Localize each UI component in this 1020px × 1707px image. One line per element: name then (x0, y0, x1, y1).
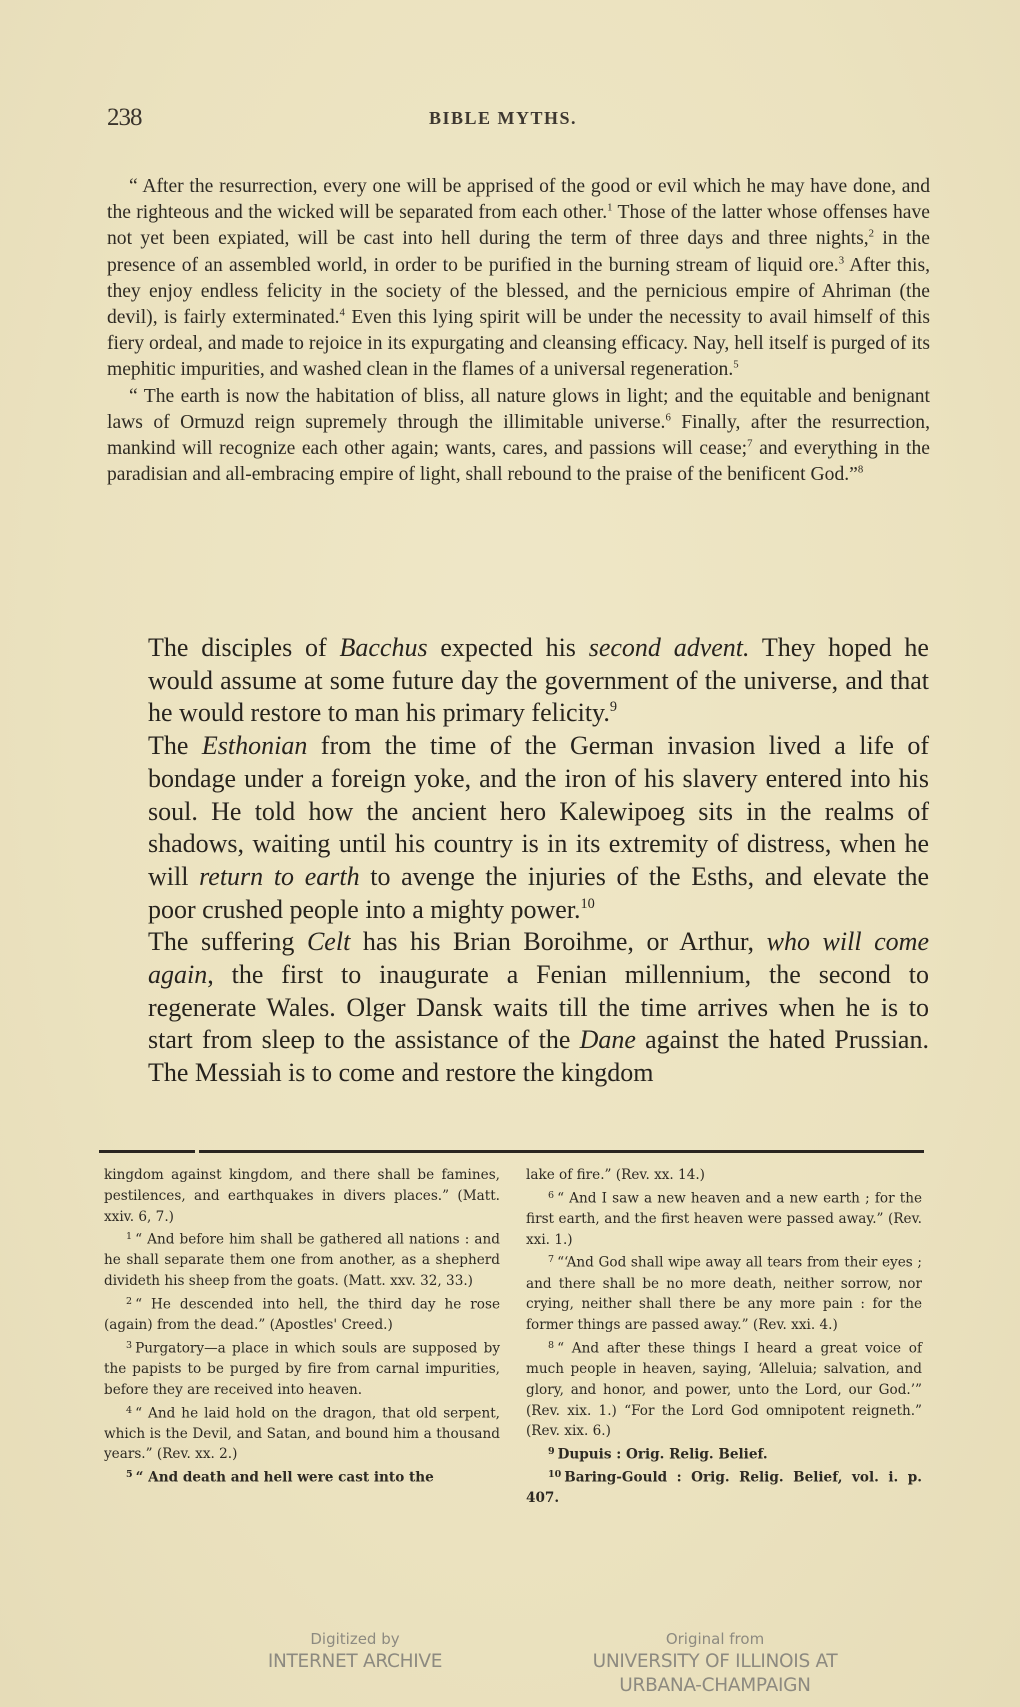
footnote-ref: 10 (581, 896, 595, 912)
footnote-9: 9Dupuis : Orig. Relig. Belief. (526, 1442, 922, 1465)
quote-paragraph: “ The earth is now the habitation of bli… (107, 384, 930, 489)
running-title: BIBLE MYTHS. (429, 108, 577, 129)
footnote-4: 4“ And he laid hold on the dragon, that … (104, 1401, 500, 1466)
quote-paragraph: “ After the resurrection, every one will… (107, 174, 930, 384)
footnote-10: 10Baring-Gould : Orig. Relig. Belief, vo… (526, 1465, 922, 1509)
footnote-ref: 9 (610, 699, 617, 715)
body-paragraph: The suffering Celt has his Brian Boroihm… (148, 926, 929, 1090)
footnote-1: 1“ And before him shall be gathered all … (104, 1227, 500, 1292)
footnotes-left-column: kingdom against kingdom, and there shall… (104, 1165, 500, 1488)
digitized-by-watermark: Digitized by INTERNET ARCHIVE (195, 1628, 515, 1674)
footnote-continuation: kingdom against kingdom, and there shall… (104, 1165, 500, 1227)
footnote-3: 3Purgatory—a place in which souls are su… (104, 1336, 500, 1401)
footnote-8: 8“ And after these things I heard a grea… (526, 1336, 922, 1442)
footnote-divider (99, 1150, 924, 1153)
running-head: 238 BIBLE MYTHS. (107, 104, 930, 134)
footnote-2: 2“ He descended into hell, the third day… (104, 1292, 500, 1336)
quoted-passage: “ After the resurrection, every one will… (107, 174, 930, 488)
body-paragraph: The Esthonian from the time of the Germa… (148, 730, 929, 926)
page-number: 238 (107, 104, 142, 132)
footnote-ref: 8 (858, 464, 863, 476)
footnote-6: 6“ And I saw a new heaven and a new eart… (526, 1186, 922, 1251)
body-text: The disciples of Bacchus expected his se… (148, 632, 929, 1090)
divider-break (195, 1149, 199, 1154)
footnote-5: 5“ And death and hell were cast into the (104, 1465, 500, 1488)
footnotes-right-column: lake of fire.” (Rev. xx. 14.) 6“ And I s… (526, 1165, 922, 1509)
footnote-ref: 5 (733, 359, 738, 371)
body-paragraph: The disciples of Bacchus expected his se… (148, 632, 929, 730)
original-from-watermark: Original from UNIVERSITY OF ILLINOIS AT … (565, 1628, 865, 1698)
footnote-continuation: lake of fire.” (Rev. xx. 14.) (526, 1165, 922, 1186)
footnote-7: 7“‘And God shall wipe away all tears fro… (526, 1250, 922, 1335)
book-page: 238 BIBLE MYTHS. “ After the resurrectio… (0, 0, 1020, 1707)
